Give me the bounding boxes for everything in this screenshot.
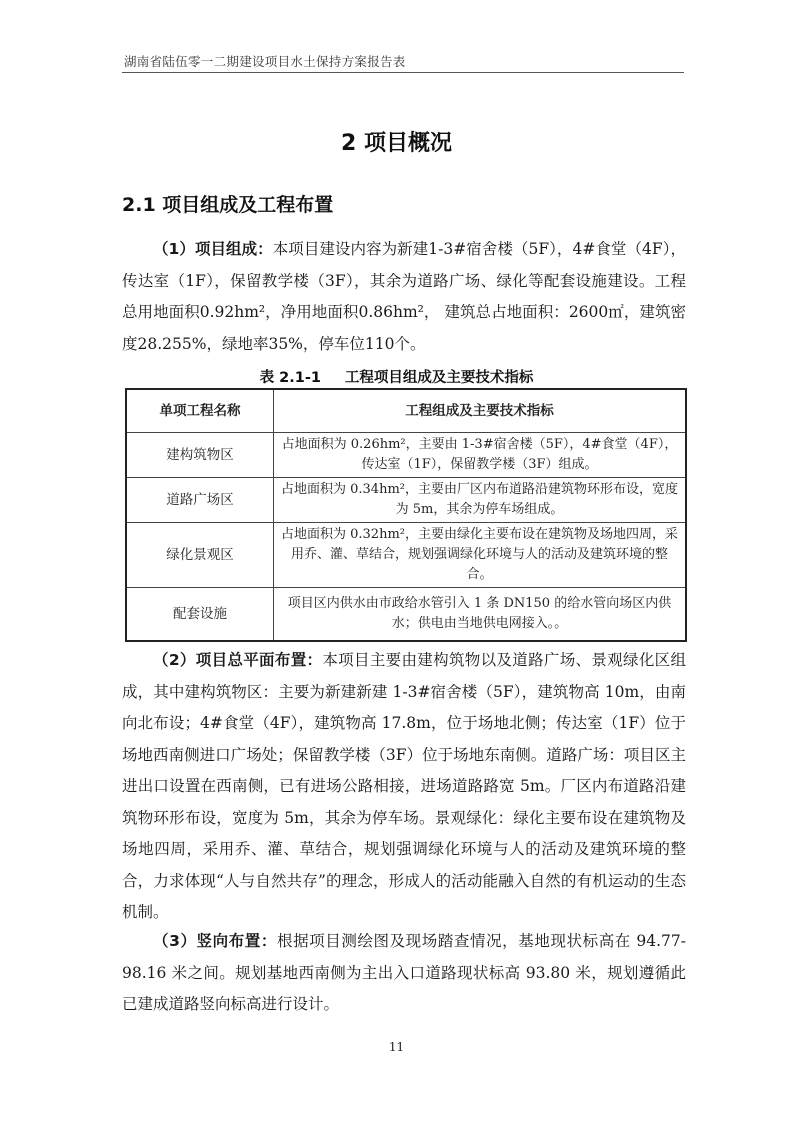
paragraph-lead: （2）项目总平面布置： (153, 651, 322, 669)
table-cell-detail: 占地面积为 0.32hm²，主要由绿化主要布设在建筑物及场地四周，采用乔、灌、草… (274, 523, 687, 588)
paragraph-text: 本项目主要由建构筑物以及道路广场、景观绿化区组成，其中建构筑物区：主要为新建新建… (122, 651, 686, 921)
table-header-row: 单项工程名称 工程组成及主要技术指标 (126, 389, 686, 433)
project-composition-table: 单项工程名称 工程组成及主要技术指标 建构筑物区 占地面积为 0.26hm²，主… (125, 388, 687, 642)
table-cell-name: 配套设施 (126, 588, 274, 642)
table-row: 建构筑物区 占地面积为 0.26hm²，主要由 1-3#宿舍楼（5F），4#食堂… (126, 433, 686, 478)
header-divider (122, 72, 684, 73)
running-header: 湖南省陆伍零一二期建设项目水土保持方案报告表 (124, 52, 684, 70)
table-row: 道路广场区 占地面积为 0.34hm²，主要由厂区内布道路沿建筑物环形布设，宽度… (126, 478, 686, 523)
table-cell-name: 道路广场区 (126, 478, 274, 523)
table-cell-detail: 项目区内供水由市政给水管引入 1 条 DN150 的给水管向场区内供水；供电由当… (274, 588, 687, 642)
table-cell-name: 绿化景观区 (126, 523, 274, 588)
paragraph-site-layout: （2）项目总平面布置：本项目主要由建构筑物以及道路广场、景观绿化区组成，其中建构… (122, 645, 686, 929)
paragraph-lead: （3）竖向布置： (153, 932, 277, 950)
table-cell-detail: 占地面积为 0.26hm²，主要由 1-3#宿舍楼（5F），4#食堂（4F），传… (274, 433, 687, 478)
section-title: 2.1 项目组成及工程布置 (122, 190, 333, 217)
table-caption-title: 工程项目组成及主要技术指标 (345, 370, 534, 386)
table-row: 配套设施 项目区内供水由市政给水管引入 1 条 DN150 的给水管向场区内供水… (126, 588, 686, 642)
column-header-details: 工程组成及主要技术指标 (274, 389, 687, 433)
paragraph-project-composition: （1）项目组成：本项目建设内容为新建1-3#宿舍楼（5F），4#食堂（4F），传… (122, 234, 686, 360)
table-cell-detail: 占地面积为 0.34hm²，主要由厂区内布道路沿建筑物环形布设，宽度为 5m，其… (274, 478, 687, 523)
table-caption: 表 2.1-1工程项目组成及主要技术指标 (0, 366, 793, 387)
paragraph-vertical-layout: （3）竖向布置：根据项目测绘图及现场踏查情况，基地现状标高在 94.77-98.… (122, 926, 686, 1021)
table-cell-name: 建构筑物区 (126, 433, 274, 478)
column-header-item-name: 单项工程名称 (126, 389, 274, 433)
chapter-title: 2 项目概况 (0, 126, 793, 157)
paragraph-lead: （1）项目组成： (153, 240, 273, 258)
page-number: 11 (0, 1040, 793, 1054)
table-caption-number: 表 2.1-1 (260, 370, 321, 386)
table-row: 绿化景观区 占地面积为 0.32hm²，主要由绿化主要布设在建筑物及场地四周，采… (126, 523, 686, 588)
